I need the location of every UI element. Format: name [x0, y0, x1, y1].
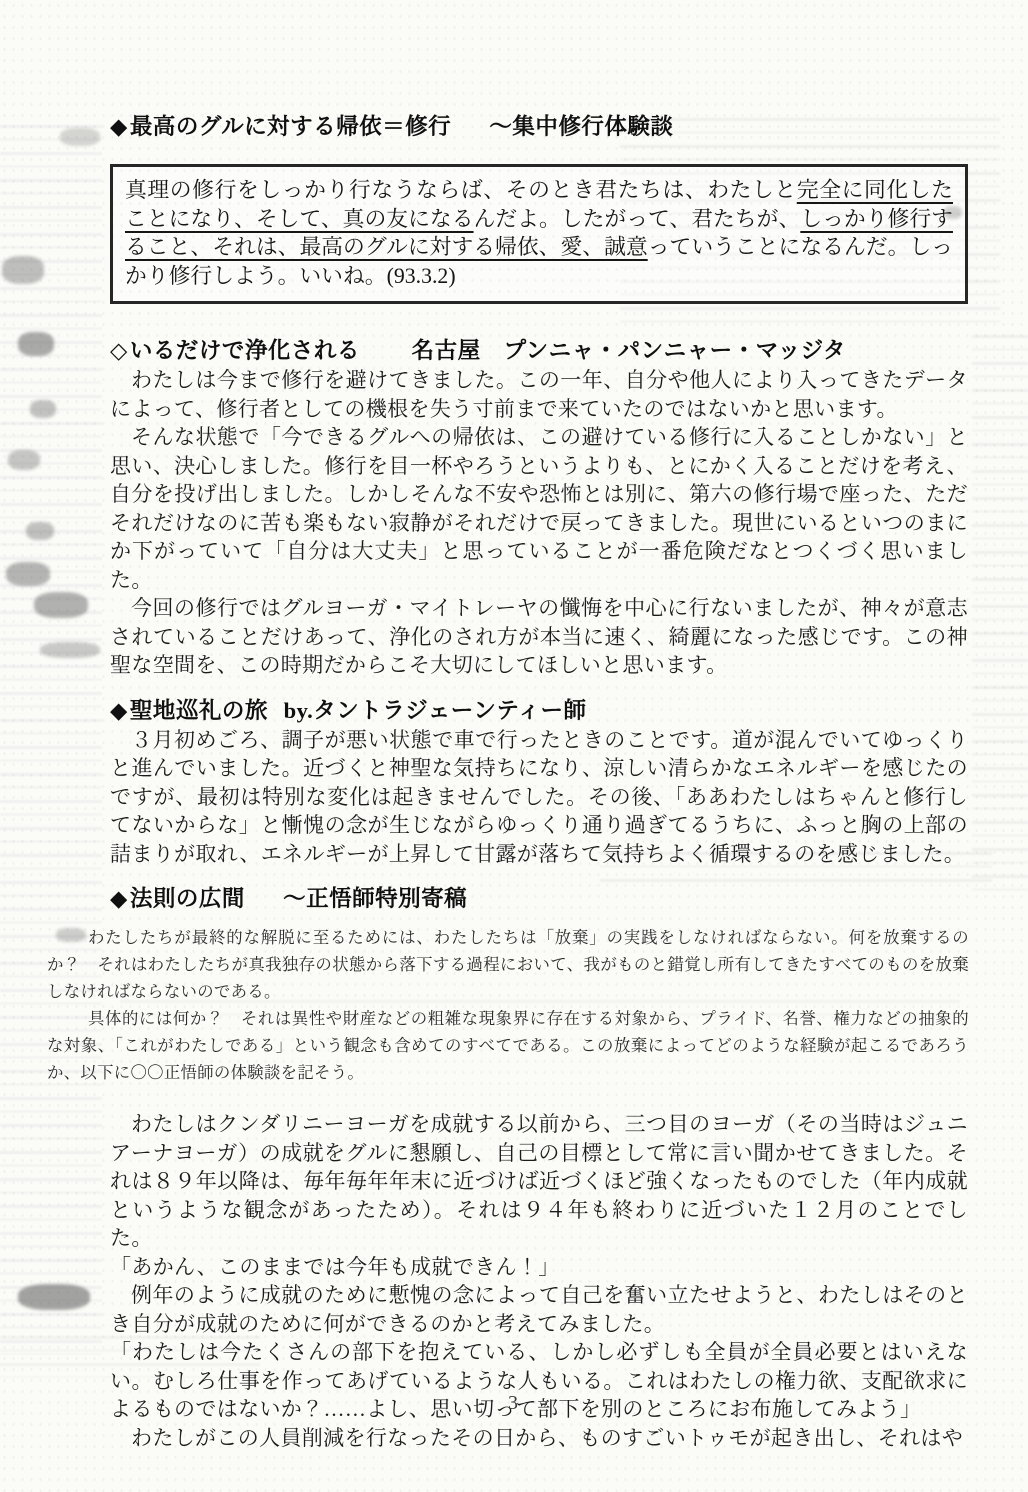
scanned-document-page: ◆最高のグルに対する帰依＝修行～集中修行体験談 真理の修行をしっかり行なうならば…	[0, 0, 1028, 1492]
scan-artifact	[0, 125, 102, 1355]
scan-artifact	[972, 335, 1028, 895]
guru-quote-box: 真理の修行をしっかり行なうならば、そのとき君たちは、わたしと完全に同化したことに…	[110, 164, 968, 304]
section-subtitle-kie: ～集中修行体験談	[489, 114, 673, 139]
scan-smudge	[40, 642, 100, 658]
scan-smudge	[60, 128, 100, 146]
page-number: - 3 -	[0, 1392, 1028, 1415]
filled-diamond-icon: ◆	[110, 114, 128, 139]
section-heading-jouka: ◇いるだけで浄化される名古屋 プンニャ・パンニャー・マッジタ	[110, 336, 968, 366]
guru-quote-text: 真理の修行をしっかり行なうならば、そのとき君たちは、わたしと完全に同化したことに…	[125, 176, 953, 290]
open-diamond-icon: ◇	[110, 338, 128, 363]
scan-smudge	[18, 1284, 90, 1310]
section-title-kie: 最高のグルに対する帰依＝修行	[130, 114, 451, 139]
contributor-byline-seichi: by.タントラジェーンティー師	[284, 698, 587, 723]
section-heading-housoku: ◆法則の広間～正悟師特別寄稿	[110, 884, 968, 914]
paragraph-housoku-2: 「あかん、このままでは今年も成就できん！」	[110, 1253, 968, 1282]
section-title-housoku: 法則の広間	[130, 886, 245, 911]
scan-smudge	[30, 400, 56, 418]
section-subtitle-housoku: ～正悟師特別寄稿	[283, 886, 467, 911]
paragraph-jouka-2: そんな状態で「今できるグルへの帰依は、この避けている修行に入ることしかない」と思…	[110, 423, 968, 594]
scan-smudge	[18, 332, 54, 356]
scan-smudge	[6, 562, 50, 586]
paragraph-housoku-1: わたしはクンダリニーヨーガを成就する以前から、三つ目のヨーガ（その当時はジュニア…	[110, 1110, 968, 1253]
quote-segment: んだよ。したがって、君たちが、	[474, 207, 801, 231]
contributor-byline-jouka: 名古屋 プンニャ・パンニャー・マッジタ	[412, 338, 846, 363]
scan-smudge	[8, 450, 40, 470]
quote-segment: 真理の修行をしっかり行なうならば、そのとき君たちは、わたしと	[125, 178, 797, 202]
scan-smudge	[34, 592, 88, 618]
paragraph-housoku-5: わたしがこの人員削減を行なったその日から、ものすごいトゥモが起き出し、それはや	[110, 1424, 968, 1453]
editor-intro-paragraph-2: 具体的には何か？ それは異性や財産などの粗雑な現象界に存在する対象から、プライド…	[47, 1005, 969, 1086]
paragraph-housoku-3: 例年のように成就のために慙愧の念によって自己を奮い立たせようと、わたしはそのとき…	[110, 1281, 968, 1338]
section-heading-seichi: ◆聖地巡礼の旅by.タントラジェーンティー師	[110, 696, 968, 726]
scan-smudge	[26, 522, 54, 540]
filled-diamond-icon: ◆	[110, 698, 128, 723]
section-title-seichi: 聖地巡礼の旅	[130, 698, 268, 723]
paragraph-seichi-1: ３月初めごろ、調子が悪い状態で車で行ったときのことです。道が混んでいてゆっくりと…	[110, 726, 968, 869]
page-content: ◆最高のグルに対する帰依＝修行～集中修行体験談 真理の修行をしっかり行なうならば…	[110, 112, 968, 1452]
editor-intro-paragraph-1: わたしたちが最終的な解脱に至るためには、わたしたちは「放棄」の実践をしなければな…	[47, 924, 969, 1005]
paragraph-jouka-1: わたしは今まで修行を避けてきました。この一年、自分や他人により入ってきたデータに…	[110, 366, 968, 423]
paragraph-jouka-3: 今回の修行ではグルヨーガ・マイトレーヤの懺悔を中心に行ないましたが、神々が意志さ…	[110, 594, 968, 680]
editor-intro-block: わたしたちが最終的な解脱に至るためには、わたしたちは「放棄」の実践をしなければな…	[47, 924, 969, 1086]
section-title-jouka: いるだけで浄化される	[130, 338, 360, 363]
scan-smudge	[2, 256, 44, 284]
filled-diamond-icon: ◆	[110, 886, 128, 911]
section-heading-kie: ◆最高のグルに対する帰依＝修行～集中修行体験談	[110, 112, 968, 142]
